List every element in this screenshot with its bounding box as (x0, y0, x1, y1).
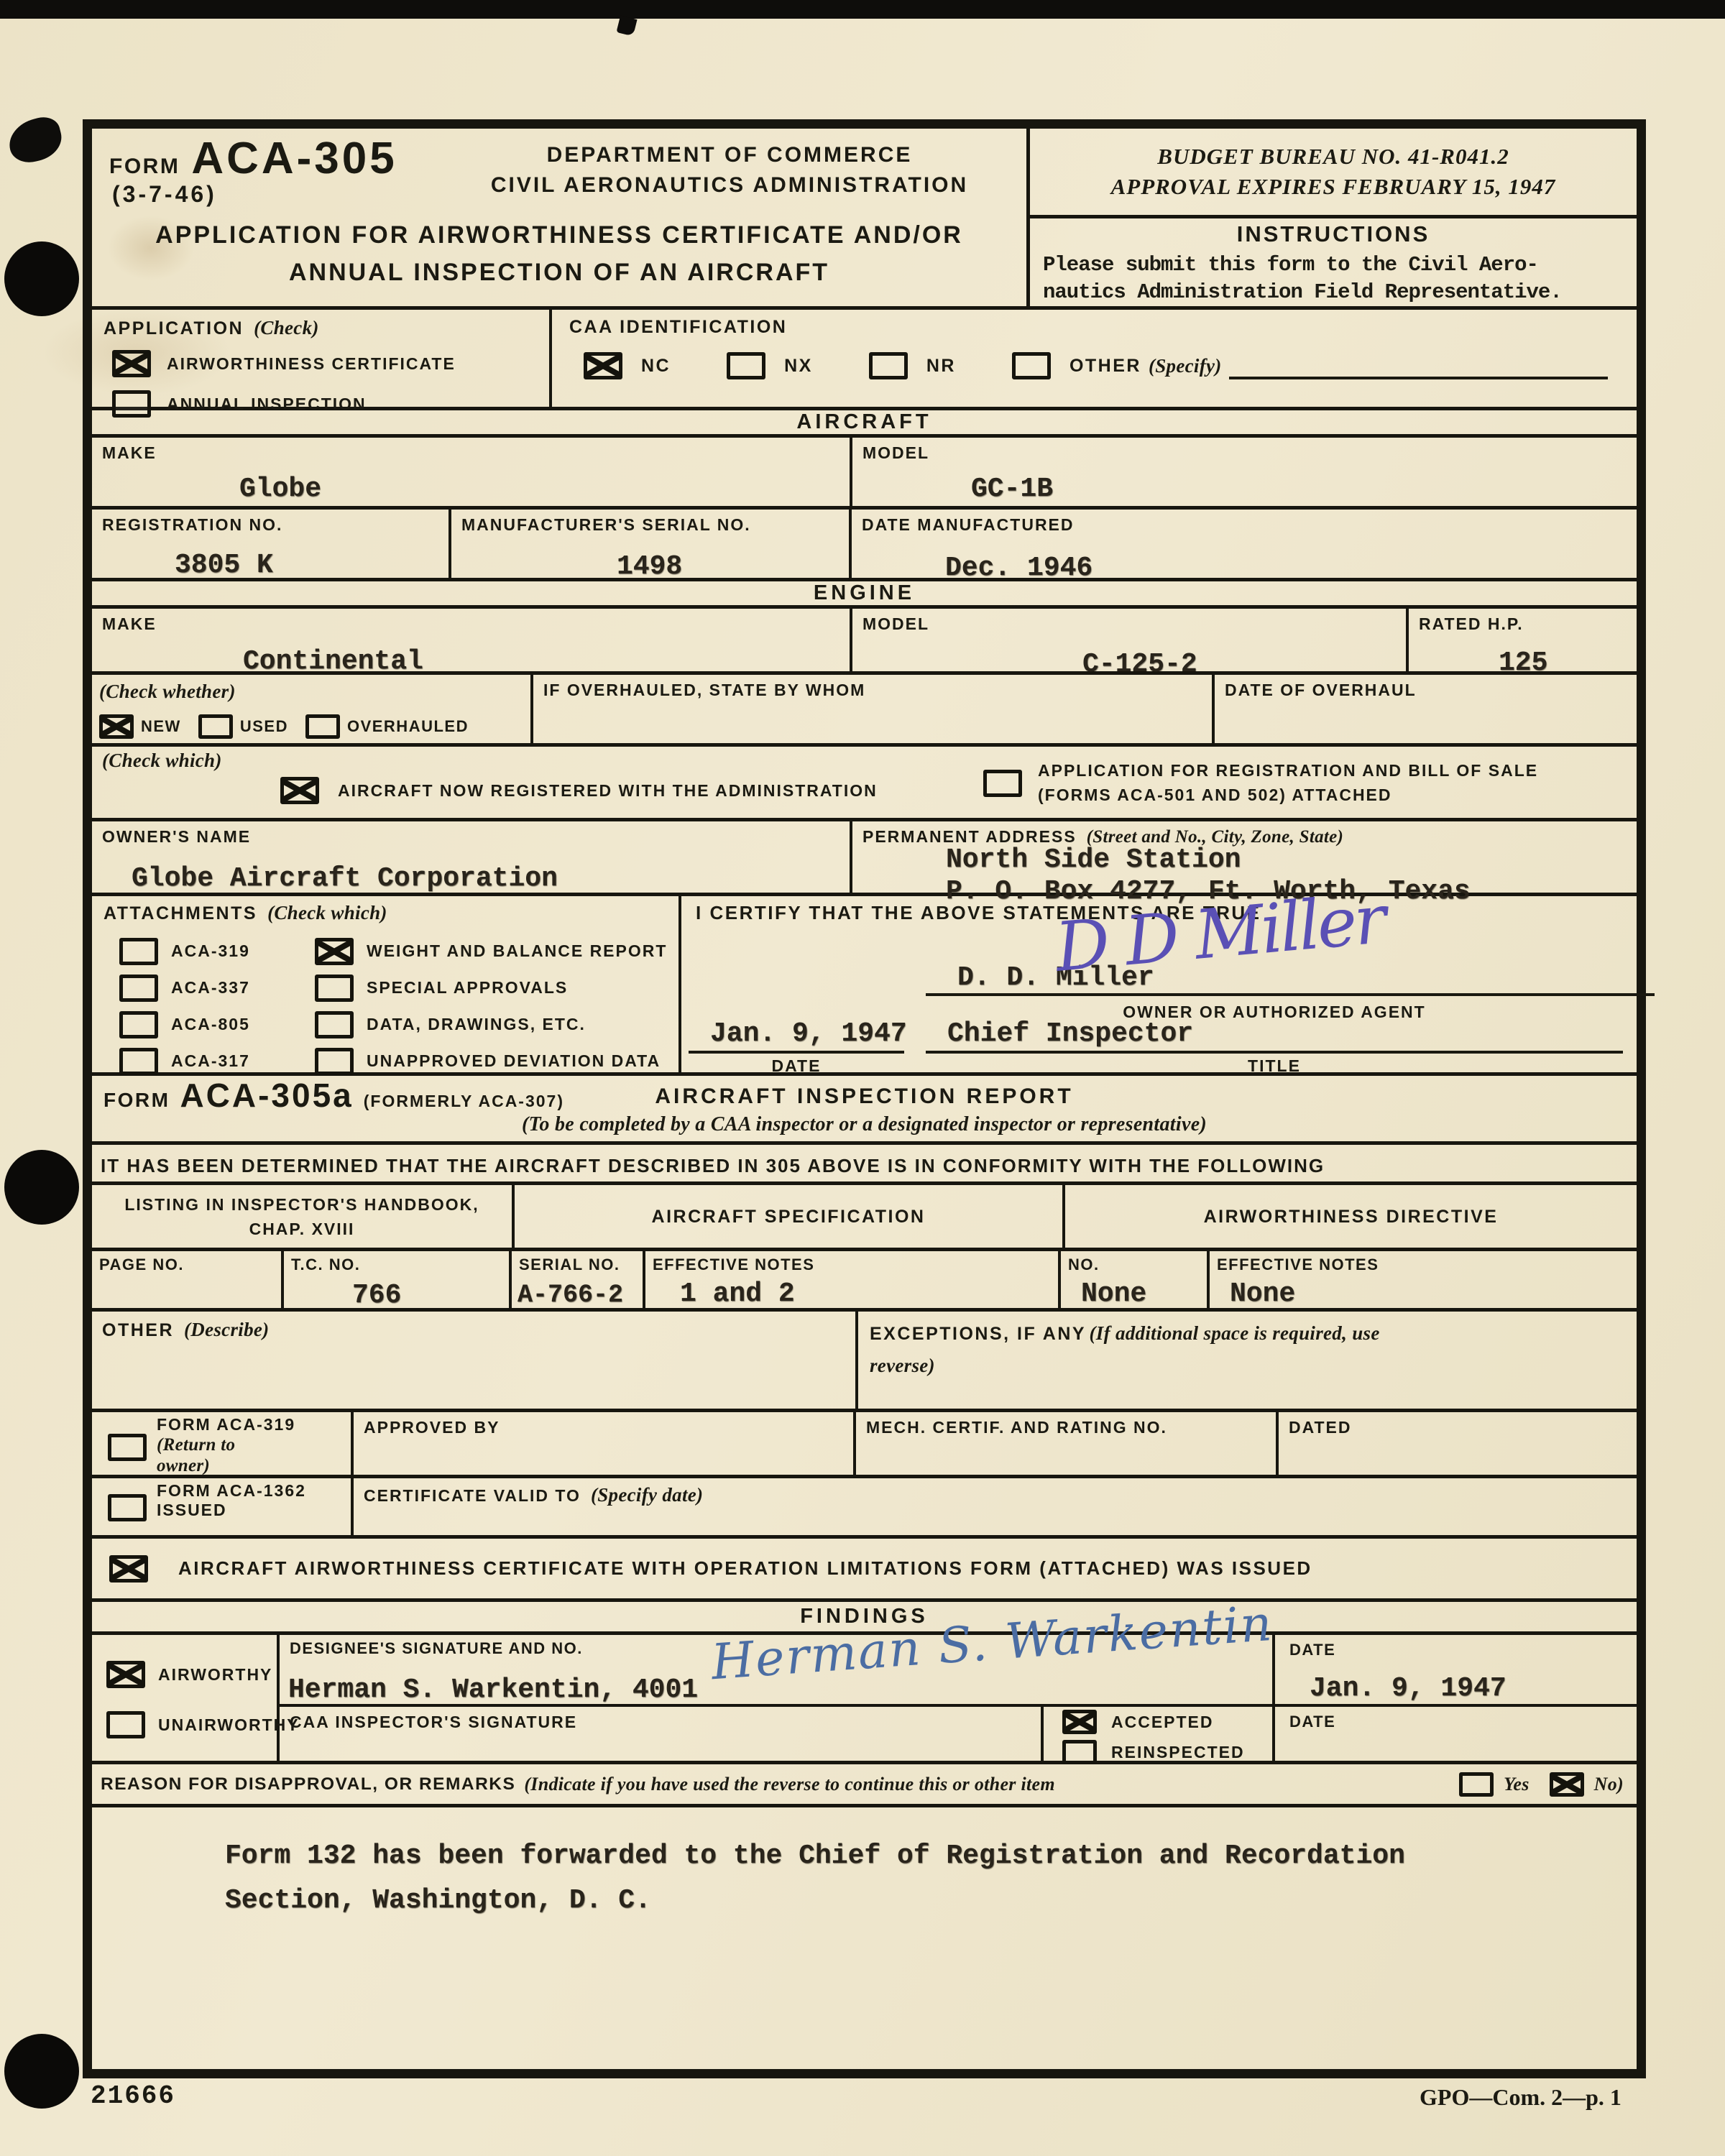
registered-label: AIRCRAFT NOW REGISTERED WITH THE ADMINIS… (338, 781, 878, 801)
directive-notes-cell: EFFECTIVE NOTES None (1210, 1251, 1637, 1308)
checkbox-reinspected[interactable] (1062, 1740, 1097, 1764)
designee-name-typed: Herman S. Warkentin, 4001 (288, 1674, 698, 1705)
findings-date-cell: DATE Jan. 9, 1947 (1275, 1635, 1637, 1704)
tc-no-cell: T.C. NO. 766 (284, 1251, 512, 1308)
engine-condition-row: (Check whether) NEW USED OVERHAULED IF O… (92, 675, 1637, 747)
findings-date-label: DATE (1289, 1641, 1335, 1659)
certification-section: I CERTIFY THAT THE ABOVE STATEMENTS ARE … (681, 896, 1637, 1072)
attachment-row: ACA-317 UNAPPROVED DEVIATION DATA (119, 1043, 678, 1079)
application-note: (Check) (254, 317, 319, 339)
checkbox-aca-805[interactable] (119, 1011, 158, 1038)
attachment-row: ACA-319 WEIGHT AND BALANCE REPORT (119, 933, 678, 969)
aircraft-make-label: MAKE (102, 443, 157, 463)
scan-edge-artifact (0, 0, 1725, 19)
caa-date-cell: DATE (1275, 1707, 1637, 1761)
effective-notes-value: 1 and 2 (680, 1279, 795, 1309)
inspection-report-header: FORM ACA-305a (FORMERLY ACA-307) AIRCRAF… (92, 1076, 1637, 1145)
bill-of-sale-line2: (FORMS ACA-501 AND 502) ATTACHED (1038, 783, 1538, 807)
exceptions-note-2: reverse) (870, 1355, 935, 1376)
owner-name-cell: OWNER'S NAME Globe Aircraft Corporation (92, 821, 852, 893)
dated-cell: DATED (1279, 1412, 1637, 1475)
aca-805-label: ACA-805 (171, 1015, 315, 1034)
instructions-line-2: nautics Administration Field Representat… (1043, 280, 1562, 304)
attachments-section: ATTACHMENTS (Check which) ACA-319 WEIGHT… (92, 896, 681, 1072)
punch-hole (4, 241, 79, 316)
findings-date-value: Jan. 9, 1947 (1310, 1673, 1506, 1704)
designee-signature-row: DESIGNEE'S SIGNATURE AND NO. Herman S. W… (280, 1635, 1637, 1707)
checkbox-airworthy[interactable] (106, 1661, 145, 1688)
conformity-statement-row: IT HAS BEEN DETERMINED THAT THE AIRCRAFT… (92, 1145, 1637, 1185)
instructions-title: INSTRUCTIONS (1030, 221, 1637, 247)
attachments-certify-row: ATTACHMENTS (Check which) ACA-319 WEIGHT… (92, 896, 1637, 1076)
caa-inspector-signature-cell[interactable]: CAA INSPECTOR'S SIGNATURE (280, 1707, 1041, 1761)
remarks-line-1: Form 132 has been forwarded to the Chief… (225, 1841, 1405, 1871)
checkbox-aca-337[interactable] (119, 975, 158, 1002)
other-specify-note: (Specify) (1149, 355, 1222, 377)
issued-label: ISSUED (157, 1501, 351, 1520)
registration-label: REGISTRATION NO. (102, 515, 282, 535)
directive-no-cell: NO. None (1061, 1251, 1210, 1308)
certificate-issued-row: AIRCRAFT AIRWORTHINESS CERTIFICATE WITH … (92, 1539, 1637, 1602)
permanent-address-cell: PERMANENT ADDRESS (Street and No., City,… (852, 821, 1637, 893)
page-no-cell: PAGE NO. (92, 1251, 284, 1308)
engine-new-label: NEW (141, 717, 181, 736)
caa-identification-label: CAA IDENTIFICATION (569, 317, 1637, 338)
aircraft-model-cell: MODEL GC-1B (852, 438, 1637, 506)
attachments-label: ATTACHMENTS (103, 903, 257, 924)
aircraft-spec-header-cell: AIRCRAFT SPECIFICATION (515, 1185, 1065, 1248)
spec-table-values-row: PAGE NO. T.C. NO. 766 SERIAL NO. A-766-2… (92, 1251, 1637, 1312)
form-aca-319-cell: FORM ACA-319 (Return to owner) (92, 1412, 354, 1475)
certificate-issued-label: AIRCRAFT AIRWORTHINESS CERTIFICATE WITH … (178, 1557, 1312, 1580)
checkbox-nx[interactable] (727, 352, 765, 379)
airworthiness-directive-header: AIRWORTHINESS DIRECTIVE (1204, 1204, 1499, 1229)
aircraft-spec-header: AIRCRAFT SPECIFICATION (652, 1204, 926, 1229)
spec-table-header-row: LISTING IN INSPECTOR'S HANDBOOK, CHAP. X… (92, 1185, 1637, 1251)
designee-signature-label: DESIGNEE'S SIGNATURE AND NO. (290, 1639, 583, 1658)
unapproved-deviation-label: UNAPPROVED DEVIATION DATA (367, 1051, 661, 1071)
remarks-area: Form 132 has been forwarded to the Chief… (92, 1807, 1637, 2069)
checkbox-other[interactable] (1012, 352, 1051, 379)
checkbox-airworthiness-certificate[interactable] (112, 350, 151, 377)
form-aca-319-row: FORM ACA-319 (Return to owner) APPROVED … (92, 1412, 1637, 1478)
address-line-1: North Side Station (946, 844, 1241, 875)
engine-model-label: MODEL (862, 614, 929, 634)
aircraft-registration-row: REGISTRATION NO. 3805 K MANUFACTURER'S S… (92, 510, 1637, 581)
exceptions-label: EXCEPTIONS, IF ANY (870, 1324, 1086, 1344)
aircraft-section-title: AIRCRAFT (796, 410, 931, 434)
spec-serial-cell: SERIAL NO. A-766-2 (512, 1251, 645, 1308)
date-manufactured-label: DATE MANUFACTURED (862, 515, 1075, 535)
instructions-body: Please submit this form to the Civil Aer… (1030, 247, 1637, 306)
checkbox-engine-overhauled[interactable] (305, 714, 340, 739)
weight-balance-label: WEIGHT AND BALANCE REPORT (367, 941, 667, 961)
form-revision: (3-7-46) (109, 181, 433, 208)
application-label: APPLICATION (103, 318, 244, 339)
inspection-report-subtitle: (To be completed by a CAA inspector or a… (522, 1113, 1207, 1135)
title-line-2: ANNUAL INSPECTION OF AN AIRCRAFT (92, 254, 1026, 291)
conformity-statement: IT HAS BEEN DETERMINED THAT THE AIRCRAFT… (101, 1155, 1325, 1181)
department-block: DEPARTMENT OF COMMERCE CIVIL AERONAUTICS… (433, 133, 1026, 208)
signature-line[interactable]: D. D. Miller (926, 962, 1655, 996)
other-describe-label: OTHER (102, 1320, 174, 1341)
aircraft-make-value: Globe (239, 474, 321, 505)
engine-section-title: ENGINE (814, 581, 915, 605)
instructions-box: INSTRUCTIONS Please submit this form to … (1030, 218, 1637, 306)
data-drawings-label: DATA, DRAWINGS, ETC. (367, 1015, 586, 1034)
punch-hole (4, 2034, 79, 2109)
print-code: 21666 (91, 2081, 175, 2111)
form-aca-1362-cell: FORM ACA-1362 ISSUED (92, 1478, 354, 1535)
findings-main: DESIGNEE'S SIGNATURE AND NO. Herman S. W… (280, 1635, 1637, 1761)
header-right: BUDGET BUREAU NO. 41-R041.2 APPROVAL EXP… (1026, 129, 1637, 306)
listing-header-cell: LISTING IN INSPECTOR'S HANDBOOK, CHAP. X… (92, 1185, 515, 1248)
budget-bureau-no: BUDGET BUREAU NO. 41-R041.2 (1157, 144, 1509, 170)
other-describe-cell: OTHER (Describe) (92, 1312, 858, 1409)
page-no-label: PAGE NO. (99, 1256, 184, 1274)
engine-make-value: Continental (243, 646, 423, 677)
remarks-line-2: Section, Washington, D. C. (225, 1885, 651, 1916)
findings-row: AIRWORTHY UNAIRWORTHY DESIGNEE'S SIGNATU… (92, 1635, 1637, 1764)
engine-model-cell: MODEL C-125-2 (852, 609, 1409, 671)
airworthy-label: AIRWORTHY (158, 1665, 272, 1685)
registration-cell: REGISTRATION NO. 3805 K (92, 510, 451, 578)
airworthiness-certificate-label: AIRWORTHINESS CERTIFICATE (167, 354, 456, 374)
rated-hp-cell: RATED H.P. 125 (1409, 609, 1637, 671)
serial-cell: MANUFACTURER'S SERIAL NO. 1498 (451, 510, 852, 578)
serial-value: 1498 (617, 551, 682, 582)
checkbox-form-aca-1362[interactable] (108, 1494, 147, 1521)
reason-row: REASON FOR DISAPPROVAL, OR REMARKS (Indi… (92, 1764, 1637, 1807)
aca-337-label: ACA-337 (171, 978, 315, 998)
scan-mark (616, 15, 637, 36)
owner-name-label: OWNER'S NAME (102, 827, 251, 847)
form-word: FORM (109, 155, 180, 179)
checkbox-unapproved-deviation[interactable] (315, 1048, 354, 1075)
scanned-form-page: FORM ACA-305 (3-7-46) DEPARTMENT OF COMM… (0, 0, 1725, 2156)
checkbox-accepted[interactable] (1062, 1710, 1097, 1734)
bill-of-sale-line1: APPLICATION FOR REGISTRATION AND BILL OF… (1038, 758, 1538, 783)
caa-inspector-signature-label: CAA INSPECTOR'S SIGNATURE (290, 1713, 577, 1732)
exceptions-cell: EXCEPTIONS, IF ANY (If additional space … (858, 1312, 1637, 1409)
page-title: APPLICATION FOR AIRWORTHINESS CERTIFICAT… (92, 216, 1026, 291)
checkbox-form-aca-319[interactable] (108, 1434, 147, 1461)
checkbox-data-drawings[interactable] (315, 1011, 354, 1038)
form-aca-1362-label: FORM ACA-1362 (157, 1481, 351, 1501)
department-line: DEPARTMENT OF COMMERCE (433, 140, 1026, 170)
overhauled-by-label: IF OVERHAULED, STATE BY WHOM (543, 681, 865, 700)
other-label: OTHER (1069, 356, 1141, 377)
checkbox-weight-balance[interactable] (315, 938, 354, 965)
approved-by-cell: APPROVED BY (354, 1412, 856, 1475)
airworthy-cell: AIRWORTHY UNAIRWORTHY (92, 1635, 280, 1761)
checkbox-nc[interactable] (584, 352, 622, 379)
date-line[interactable]: Jan. 9, 1947 (689, 1018, 904, 1054)
other-describe-note: (Describe) (184, 1319, 269, 1341)
administration-line: CIVIL AERONAUTICS ADMINISTRATION (433, 170, 1026, 201)
effective-notes-cell: EFFECTIVE NOTES 1 and 2 (645, 1251, 1061, 1308)
check-which-note: (Check which) (102, 750, 222, 772)
checkbox-aca-319[interactable] (119, 938, 158, 965)
form-number-block: FORM ACA-305 (3-7-46) (92, 133, 433, 208)
reinspected-label: REINSPECTED (1111, 1743, 1245, 1762)
checkbox-unairworthy[interactable] (106, 1711, 145, 1738)
no-label: No) (1594, 1774, 1624, 1795)
aircraft-model-label: MODEL (862, 443, 929, 463)
spec-serial-value: A-766-2 (517, 1281, 623, 1309)
exceptions-note-1: (If additional space is required, use (1090, 1322, 1380, 1344)
engine-used-label: USED (240, 717, 288, 736)
header-row: FORM ACA-305 (3-7-46) DEPARTMENT OF COMM… (92, 129, 1637, 310)
effective-notes-label: EFFECTIVE NOTES (653, 1256, 814, 1274)
punch-hole (4, 1150, 79, 1225)
certificate-valid-cell: CERTIFICATE VALID TO (Specify date) (354, 1478, 1637, 1535)
certificate-valid-label: CERTIFICATE VALID TO (364, 1486, 581, 1506)
certificate-valid-note: (Specify date) (591, 1484, 703, 1506)
date-manufactured-cell: DATE MANUFACTURED Dec. 1946 (852, 510, 1637, 578)
serial-label: MANUFACTURER'S SERIAL NO. (461, 515, 751, 535)
application-section: APPLICATION (Check) AIRWORTHINESS CERTIF… (92, 310, 552, 407)
rated-hp-value: 125 (1499, 648, 1547, 678)
nx-label: NX (784, 356, 813, 377)
reason-label: REASON FOR DISAPPROVAL, OR REMARKS (101, 1774, 515, 1795)
accepted-reinspected-cell: ACCEPTED REINSPECTED (1041, 1707, 1275, 1761)
tc-no-value: 766 (352, 1280, 401, 1311)
aca-319-label: ACA-319 (171, 941, 315, 961)
aircraft-model-value: GC-1B (971, 474, 1053, 505)
certify-title-block: Chief Inspector TITLE (926, 1018, 1623, 1076)
checkbox-special-approvals[interactable] (315, 975, 354, 1002)
check-whether-note: (Check whether) (99, 681, 236, 703)
approved-by-label: APPROVED BY (364, 1418, 500, 1437)
form-aca-305: FORM ACA-305 (3-7-46) DEPARTMENT OF COMM… (83, 119, 1646, 2078)
listing-header-line1: LISTING IN INSPECTOR'S HANDBOOK, (124, 1192, 479, 1217)
overhauled-by-cell: IF OVERHAULED, STATE BY WHOM (533, 675, 1215, 743)
application-caa-row: APPLICATION (Check) AIRWORTHINESS CERTIF… (92, 310, 1637, 410)
other-specify-field[interactable] (1229, 352, 1608, 379)
gpo-imprint: GPO—Com. 2—p. 1 (1420, 2084, 1621, 2111)
yes-label: Yes (1504, 1774, 1529, 1795)
certify-title-value: Chief Inspector (947, 1018, 1193, 1049)
mech-certif-cell: MECH. CERTIF. AND RATING NO. (856, 1412, 1279, 1475)
title-line[interactable]: Chief Inspector (926, 1018, 1623, 1054)
checkbox-nr[interactable] (869, 352, 908, 379)
listing-header-line2: CHAP. XVIII (249, 1217, 355, 1241)
directive-no-label: NO. (1068, 1256, 1100, 1274)
directive-notes-label: EFFECTIVE NOTES (1217, 1256, 1379, 1274)
checkbox-remarks-no[interactable] (1550, 1772, 1584, 1797)
inspection-report-title: AIRCRAFT INSPECTION REPORT (655, 1084, 1073, 1108)
certify-date-value: Jan. 9, 1947 (710, 1018, 907, 1049)
checkbox-aca-317[interactable] (119, 1048, 158, 1075)
date-of-overhaul-cell: DATE OF OVERHAUL (1215, 675, 1637, 743)
engine-make-label: MAKE (102, 614, 157, 634)
nr-label: NR (926, 356, 956, 377)
checkbox-certificate-issued[interactable] (109, 1555, 148, 1583)
directive-notes-value: None (1230, 1279, 1295, 1309)
registration-value: 3805 K (175, 550, 273, 581)
return-to-owner-note-1: (Return to (157, 1434, 351, 1455)
accepted-label: ACCEPTED (1111, 1713, 1214, 1732)
reason-note: (Indicate if you have used the reverse t… (524, 1774, 1055, 1795)
title-line-1: APPLICATION FOR AIRWORTHINESS CERTIFICAT… (92, 216, 1026, 254)
aca-317-label: ACA-317 (171, 1051, 315, 1071)
directive-no-value: None (1081, 1279, 1146, 1309)
title-caption: TITLE (1248, 1056, 1301, 1075)
date-caption: DATE (772, 1056, 822, 1075)
checkbox-bill-of-sale[interactable] (983, 770, 1022, 797)
rated-hp-label: RATED H.P. (1419, 614, 1524, 634)
aircraft-section-band: AIRCRAFT (92, 410, 1637, 438)
certify-date-block: Jan. 9, 1947 DATE (689, 1018, 904, 1076)
registration-status-row: (Check which) AIRCRAFT NOW REGISTERED WI… (92, 747, 1637, 821)
tc-no-label: T.C. NO. (291, 1256, 360, 1274)
instructions-line-1: Please submit this form to the Civil Aer… (1043, 253, 1538, 277)
check-whether-cell: (Check whether) NEW USED OVERHAULED (92, 675, 533, 743)
engine-overhauled-label: OVERHAULED (347, 717, 469, 736)
owner-row: OWNER'S NAME Globe Aircraft Corporation … (92, 821, 1637, 896)
engine-make-cell: MAKE Continental (92, 609, 852, 671)
special-approvals-label: SPECIAL APPROVALS (367, 978, 568, 998)
aircraft-make-model-row: MAKE Globe MODEL GC-1B (92, 438, 1637, 510)
mech-certif-label: MECH. CERTIF. AND RATING NO. (866, 1418, 1167, 1437)
form-number: ACA-305 (191, 133, 397, 184)
budget-bureau-box: BUDGET BUREAU NO. 41-R041.2 APPROVAL EXP… (1030, 129, 1637, 218)
attachment-row: ACA-337 SPECIAL APPROVALS (119, 969, 678, 1006)
caa-inspector-row: CAA INSPECTOR'S SIGNATURE ACCEPTED REINS… (280, 1707, 1637, 1761)
checkbox-engine-new[interactable] (99, 714, 134, 739)
spec-serial-label: SERIAL NO. (519, 1256, 620, 1274)
form-aca-319-label: FORM ACA-319 (157, 1415, 351, 1434)
owner-name-value: Globe Aircraft Corporation (132, 863, 558, 894)
checkbox-engine-used[interactable] (198, 714, 233, 739)
header-left: FORM ACA-305 (3-7-46) DEPARTMENT OF COMM… (92, 129, 1026, 306)
engine-make-model-row: MAKE Continental MODEL C-125-2 RATED H.P… (92, 609, 1637, 675)
caa-date-label: DATE (1289, 1713, 1335, 1731)
date-manufactured-value: Dec. 1946 (945, 553, 1092, 584)
form-aca-1362-row: FORM ACA-1362 ISSUED CERTIFICATE VALID T… (92, 1478, 1637, 1539)
aircraft-make-cell: MAKE Globe (92, 438, 852, 506)
checkbox-remarks-yes[interactable] (1459, 1772, 1494, 1797)
return-to-owner-note-2: owner) (157, 1455, 351, 1476)
dated-label: DATED (1289, 1418, 1352, 1437)
date-of-overhaul-label: DATE OF OVERHAUL (1225, 681, 1417, 700)
engine-section-band: ENGINE (92, 581, 1637, 609)
permanent-address-label: PERMANENT ADDRESS (862, 827, 1077, 847)
caa-identification-section: CAA IDENTIFICATION NC NX NR OTHER (Speci… (552, 310, 1637, 407)
approval-expires: APPROVAL EXPIRES FEBRUARY 15, 1947 (1111, 174, 1556, 200)
unairworthy-label: UNAIRWORTHY (158, 1715, 300, 1735)
other-exceptions-row: OTHER (Describe) EXCEPTIONS, IF ANY (If … (92, 1312, 1637, 1412)
attachment-row: ACA-805 DATA, DRAWINGS, ETC. (119, 1006, 678, 1043)
checkbox-registered[interactable] (280, 777, 319, 804)
ink-blot (4, 114, 66, 167)
attachments-note: (Check which) (267, 902, 387, 924)
airworthiness-directive-header-cell: AIRWORTHINESS DIRECTIVE (1065, 1185, 1637, 1248)
nc-label: NC (641, 356, 671, 377)
